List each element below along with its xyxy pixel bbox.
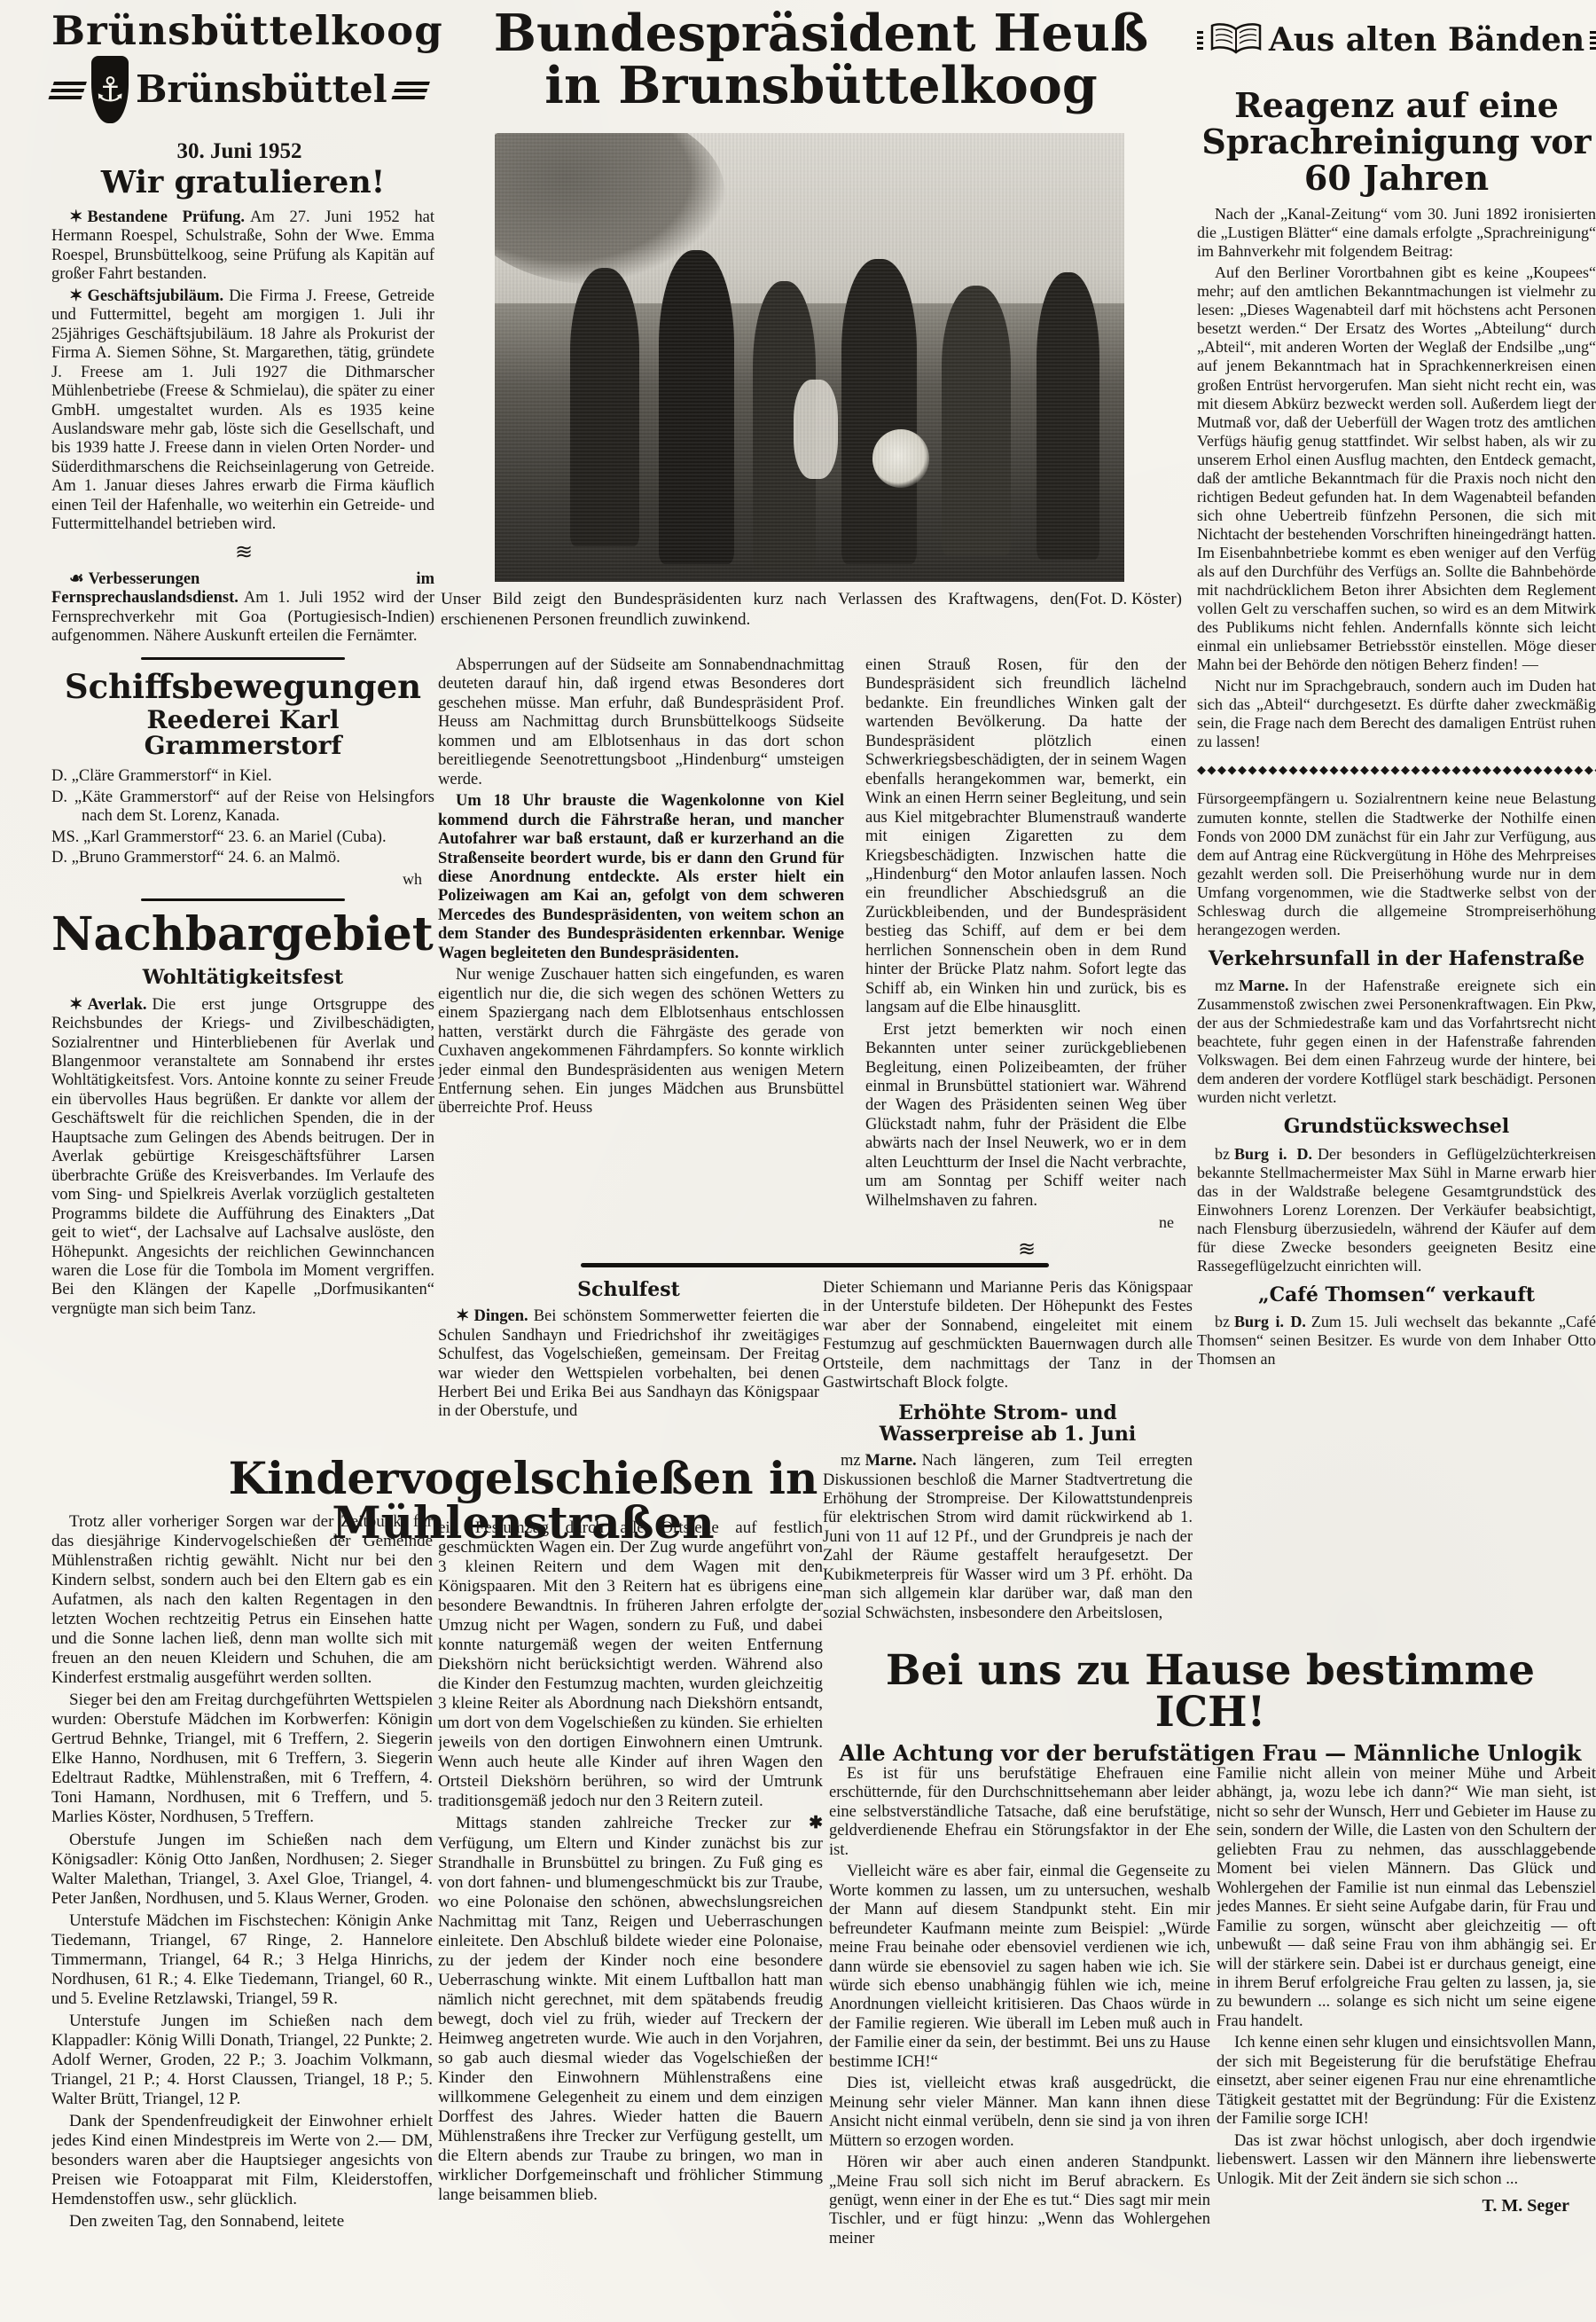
ship-entry: MS. „Karl Grammerstorf“ 23. 6. an Mariel…	[51, 828, 434, 847]
banner-title: Aus alten Bänden	[1269, 21, 1584, 59]
headline-bei-uns-zu-hause: Bei uns zu Hause bestimme ICH! Alle Acht…	[829, 1650, 1592, 1765]
end-star-icon: ✱	[791, 1814, 823, 1833]
squiggle-divider	[865, 1239, 1186, 1260]
article-paragraph: Ich kenne einen sehr klugen und einsicht…	[1217, 2034, 1596, 2129]
correspondent-initials: ne	[865, 1213, 1186, 1232]
subheading-cafe-thomsen: „Café Thomsen“ verkauft	[1197, 1284, 1596, 1306]
item-text: Die Firma J. Freese, Getreide und Futter…	[51, 287, 434, 533]
star-icon: ✶	[69, 208, 83, 226]
item-lead: Burg i. D.	[1234, 1313, 1306, 1330]
article-paragraph: ✱ Mittags standen zahlreiche Trecker zur…	[438, 1814, 823, 2205]
item-lead: Geschäftsjubiläum.	[88, 287, 224, 305]
article-paragraph: Erst jetzt bemerkten wir noch einen Beka…	[865, 1021, 1186, 1212]
section-heading-schiffsbewegungen: Schiffsbewegungen	[51, 671, 434, 703]
article-column-1: Absperrungen auf der Südseite am Sonnabe…	[438, 656, 844, 1277]
article-paragraph: Das ist zwar höchst unlogisch, aber doch…	[1217, 2132, 1596, 2189]
article-paragraph: Nicht nur im Sprachgebrauch, sondern auc…	[1197, 677, 1596, 751]
article-column-2: einen Strauß Rosen, für den der Bundespr…	[865, 656, 1186, 1277]
item-text: Mittags standen zahlreiche Trecker zur V…	[438, 1814, 823, 2204]
masthead-title-line2: Brünsbüttel	[136, 71, 387, 108]
caption-paragraph: (Fot. D. Köster) Unser Bild zeigt den Bu…	[441, 589, 1182, 630]
news-item-geschaeftsjubilaeum: ✶Geschäftsjubiläum.Die Firma J. Freese, …	[51, 287, 434, 535]
heavy-divider	[581, 1263, 1049, 1267]
masthead-title-line1: Brünsbüttelkoog	[51, 11, 427, 51]
article-paragraph: Unterstufe Mädchen im Fischstechen: Köni…	[51, 1911, 433, 2009]
item-text: In der Hafenstraße ereignete sich ein Zu…	[1197, 977, 1596, 1106]
stadtwerke-continuation: Fürsorgeempfängern u. Sozialrentnern kei…	[1197, 789, 1596, 938]
news-item-cafe-thomsen: bzBurg i. D.Zum 15. Juli wechselt das be…	[1197, 1313, 1596, 1369]
article-paragraph: Den zweiten Tag, den Sonnabend, leitete	[51, 2212, 433, 2232]
article-paragraph: einen Strauß Rosen, für den der Bundespr…	[865, 656, 1186, 1018]
book-icon	[1209, 22, 1263, 58]
article-paragraph: Es ist für uns berufstätige Ehefrauen ei…	[829, 1765, 1210, 1860]
flourish-left-icon	[48, 80, 87, 99]
item-lead: Marne.	[1239, 977, 1288, 994]
item-lead: Averlak.	[88, 996, 147, 1014]
article-paragraph: Oberstufe Jungen im Schießen nach dem Kö…	[51, 1831, 433, 1909]
article-heading-reagenz: Reagenz auf eine Sprachreinigung vor 60 …	[1197, 87, 1596, 196]
ship-entry: D. „Cläre Grammerstorf“ in Kiel.	[51, 767, 434, 786]
item-lead: Burg i. D.	[1234, 1145, 1312, 1163]
article-paragraph: Vielleicht wäre es aber fair, einmal die…	[829, 1863, 1210, 2072]
star-icon: ✶	[456, 1307, 470, 1325]
photo-caption: (Fot. D. Köster) Unser Bild zeigt den Bu…	[441, 589, 1182, 632]
item-text: Die erst junge Ortsgruppe des Reichsbund…	[51, 996, 434, 1318]
reagenz-heading-line1: Reagenz auf eine	[1197, 87, 1596, 123]
subheading-verkehrsunfall: Verkehrsunfall in der Hafenstraße	[1197, 948, 1596, 969]
right-column: Reagenz auf eine Sprachreinigung vor 60 …	[1197, 76, 1596, 1660]
photo-halftone-overlay	[495, 133, 1124, 582]
article-paragraph: Unterstufe Jungen im Schießen nach dem K…	[51, 2012, 433, 2109]
section-divider	[141, 898, 345, 901]
beiuns-subhead: Alle Achtung vor der berufstätigen Frau …	[829, 1742, 1592, 1765]
newspaper-page: Brünsbüttelkoog ⚓ Brünsbüttel 30. Juni 1…	[0, 0, 1596, 2322]
author-signature: T. M. Seger	[1217, 2196, 1596, 2216]
article-paragraph: Nach der „Kanal-Zeitung“ vom 30. Juni 18…	[1197, 205, 1596, 261]
subheading-wohltaetigkeitsfest: Wohltätigkeitsfest	[51, 967, 434, 988]
kinder-column-2: ein Festumzug durch alle Ortsteile auf f…	[438, 1518, 823, 2317]
news-item-dingen: ✶Dingen.Bei schönstem Sommerwetter feier…	[438, 1307, 819, 1422]
star-icon: ✶	[69, 996, 83, 1014]
squiggle-divider	[51, 542, 434, 563]
anchor-icon: ⚓	[95, 73, 125, 106]
agency-initials: bz	[1215, 1313, 1230, 1330]
main-headline: Bundespräsident Heuß in Brunsbüttelkoog	[461, 7, 1181, 113]
beiuns-column-2: Familie nicht allein von meiner Mühe und…	[1217, 1765, 1596, 2317]
diamond-divider	[1197, 764, 1596, 775]
correspondent-initials: wh	[51, 870, 434, 889]
beiuns-column-1: Es ist für uns berufstätige Ehefrauen ei…	[829, 1765, 1210, 2317]
news-item-fernsprechdienst: ☙Verbesserungen im Fernsprechauslandsdie…	[51, 570, 434, 647]
section-heading-wir-gratulieren: Wir gratulieren!	[51, 167, 434, 198]
left-column: Wir gratulieren! ✶Bestandene Prüfung.Am …	[51, 167, 434, 1451]
article-paragraph: Auf den Berliner Vorortbahnen gibt es ke…	[1197, 263, 1596, 674]
agency-initials: bz	[1215, 1145, 1230, 1163]
kinder-column-1: Trotz aller vorheriger Sorgen war der Ze…	[51, 1512, 433, 2319]
article-paragraph-bold: Um 18 Uhr brauste die Wagenkolonne von K…	[438, 792, 844, 963]
article-paragraph: Familie nicht allein von meiner Mühe und…	[1217, 1765, 1596, 2031]
article-paragraph: Dies ist, vielleicht etwas kraß ausgedrü…	[829, 2075, 1210, 2151]
beiuns-headline-text: Bei uns zu Hause bestimme ICH!	[829, 1650, 1592, 1733]
schulfest-section: Schulfest ✶Dingen.Bei schönstem Sommerwe…	[438, 1279, 819, 1453]
agency-initials: mz	[1215, 977, 1234, 994]
article-paragraph: Nur wenige Zuschauer hatten sich eingefu…	[438, 966, 844, 1118]
news-item-bestandene-pruefung: ✶Bestandene Prüfung.Am 27. Juni 1952 hat…	[51, 208, 434, 285]
ship-entry: D. „Käte Grammerstorf“ auf der Reise von…	[51, 788, 434, 827]
news-item-grundstueckswechsel: bzBurg i. D.Der besonders in Geflügelzüc…	[1197, 1145, 1596, 1275]
issue-date: 30. Juni 1952	[51, 139, 427, 164]
photo-credit: (Fot. D. Köster)	[1075, 589, 1182, 609]
item-lead: Dingen.	[474, 1307, 528, 1325]
article-paragraph: Dank der Spendenfreudigkeit der Einwohne…	[51, 2112, 433, 2209]
coat-of-arms: ⚓	[91, 56, 129, 123]
main-headline-line2: in Brunsbüttelkoog	[461, 59, 1181, 112]
article-paragraph: Absperrungen auf der Südseite am Sonnabe…	[438, 656, 844, 789]
main-headline-line1: Bundespräsident Heuß	[461, 7, 1181, 59]
article-paragraph: Hören wir aber auch einen anderen Standp…	[829, 2153, 1210, 2248]
news-item-averlak: ✶Averlak.Die erst junge Ortsgruppe des R…	[51, 996, 434, 1320]
aus-alten-baenden-banner: Aus alten Bänden	[1197, 21, 1596, 59]
posthorn-icon: ☙	[69, 570, 84, 588]
subheading-grundstueckswechsel: Grundstückswechsel	[1197, 1116, 1596, 1137]
news-item-verkehrsunfall: mzMarne.In der Hafenstraße ereignete sic…	[1197, 977, 1596, 1107]
masthead: Brünsbüttelkoog ⚓ Brünsbüttel 30. Juni 1…	[51, 11, 427, 164]
section-divider	[141, 657, 345, 660]
item-lead: Bestandene Prüfung.	[88, 208, 246, 226]
hatch-left-icon	[1197, 30, 1203, 50]
article-paragraph: Sieger bei den am Freitag durchgeführten…	[51, 1691, 433, 1827]
subheading-schulfest: Schulfest	[438, 1279, 819, 1300]
star-icon: ✶	[69, 287, 83, 305]
subheading-reederei: Reederei Karl Grammerstorf	[51, 707, 434, 759]
section-heading-nachbargebiete: Nachbargebiete	[51, 912, 434, 958]
flourish-right-icon	[391, 80, 430, 99]
article-paragraph: ein Festumzug durch alle Ortsteile auf f…	[438, 1518, 823, 1811]
item-text: Der besonders in Geflügelzüchterkreisen …	[1197, 1145, 1596, 1275]
caption-text: Unser Bild zeigt den Bundespräsidenten k…	[441, 590, 1075, 629]
news-photo	[495, 133, 1124, 582]
reagenz-heading-line2: Sprachreinigung vor 60 Jahren	[1197, 123, 1596, 196]
ship-entry: D. „Bruno Grammerstorf“ 24. 6. an Malmö.	[51, 849, 434, 867]
subheading-strompreise: Erhöhte Strom- und Wasserpreise ab 1. Ju…	[823, 1402, 1193, 1445]
hatch-right-icon	[1590, 30, 1596, 50]
schulfest-continuation: Dieter Schiemann und Marianne Peris das …	[823, 1279, 1193, 1393]
article-paragraph: Trotz aller vorheriger Sorgen war der Ze…	[51, 1512, 433, 1688]
